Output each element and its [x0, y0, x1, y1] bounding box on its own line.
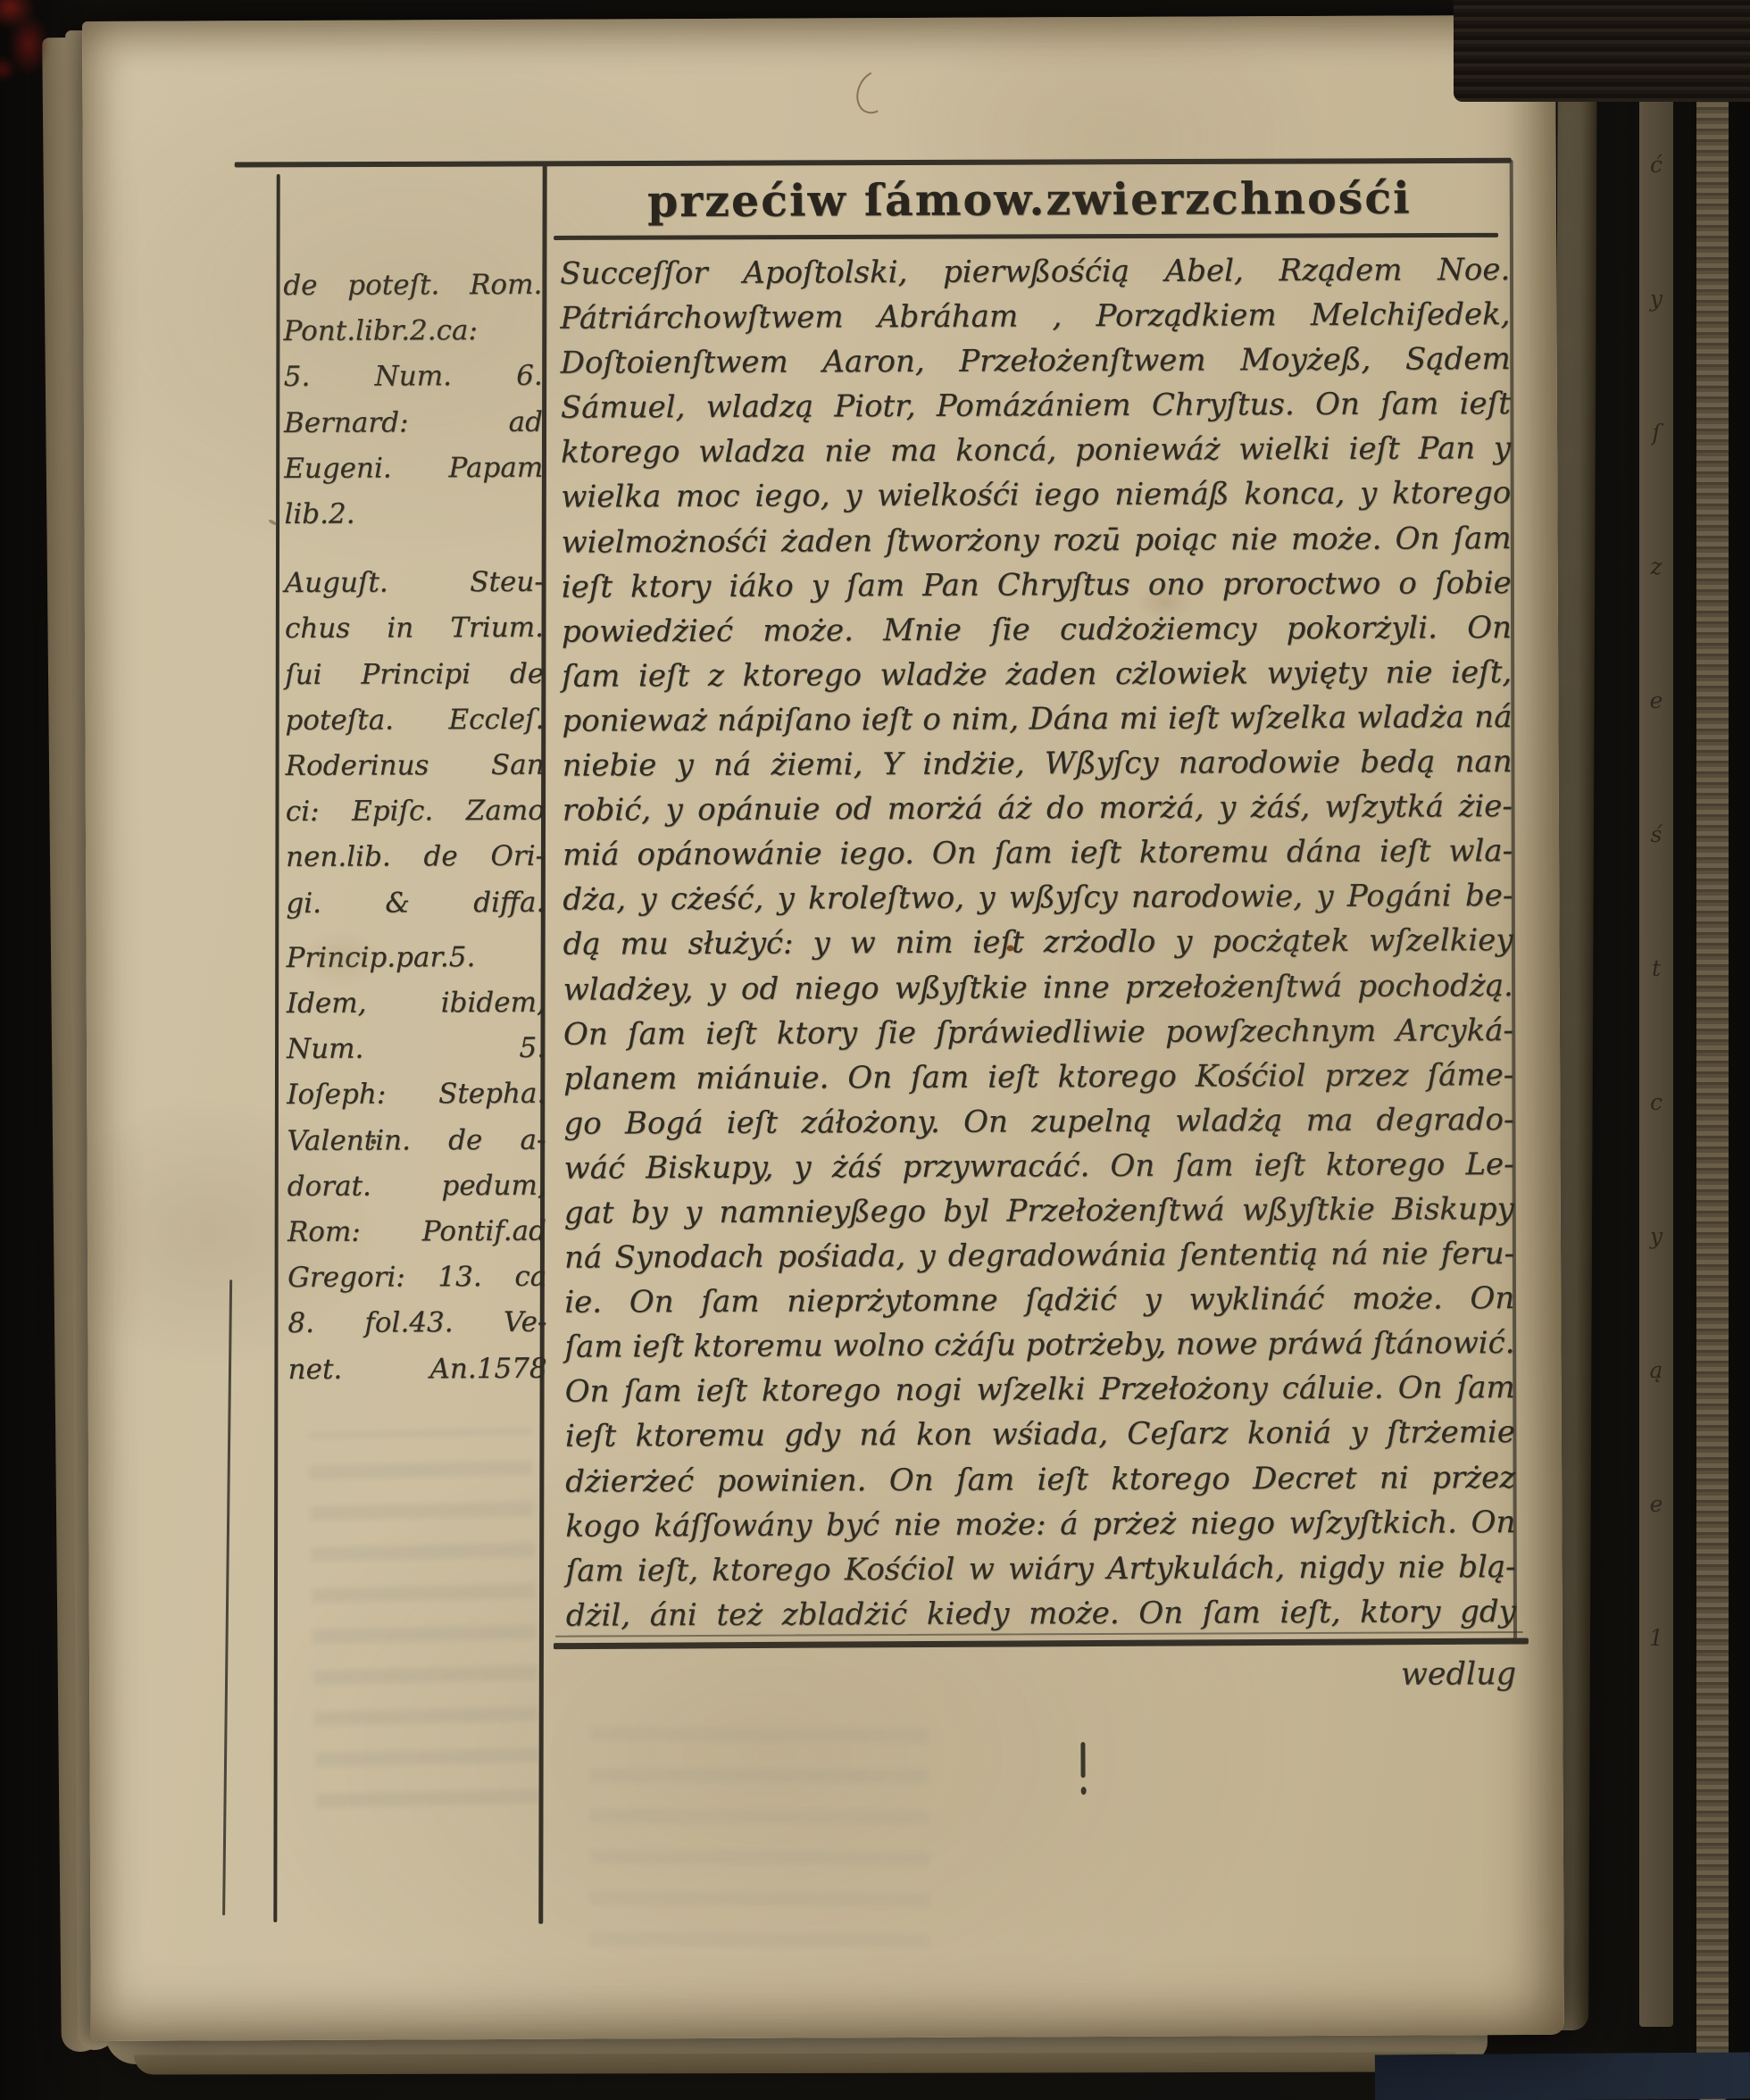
main-text-line: planem miánuie. On ſam ieſt ktorego Kość… — [563, 1053, 1513, 1102]
main-text-line: ſam ieſt z ktorego wladże żaden cżlowiek… — [562, 650, 1512, 699]
book-cover-edge — [1375, 2053, 1750, 2100]
main-text-line: On ſam ieſt ktory ſie ſpráwiedliwie powſ… — [563, 1008, 1513, 1057]
marginal-note-line: ci: Epiſc. Zamo — [286, 788, 545, 835]
marginal-citations: de poteſt. Rom. Pont.libr.2.ca: 5. Num. … — [283, 262, 547, 1393]
main-text-line: gat by y namnieyßego byl Przełożenſtwá w… — [564, 1187, 1514, 1236]
edge-text-fragment: y — [1639, 232, 1673, 366]
main-text-line: On ſam ieſt ktorego nogi wſzelki Przełoż… — [565, 1365, 1515, 1414]
paper-stain — [1137, 585, 1194, 621]
marginal-note-line: gi. & diffa. — [286, 879, 545, 926]
main-text-line: powiedżieć może. Mnie ſie cudżożiemcy po… — [562, 605, 1512, 654]
main-text-line: dża, y cżeść, y kroleſtwo, y wßyſcy naro… — [562, 873, 1512, 922]
red-cover-mark — [0, 0, 62, 84]
main-text-line: ná Synodach pośiada, y degradowánia ſent… — [564, 1231, 1514, 1280]
book-page: przećiw ſámow.zwierzchnośći de poteſt. R… — [82, 15, 1564, 2041]
book-fore-edge-strip: ć y ſ z e ś t c y ą e 1 — [1639, 98, 1673, 2027]
marginal-note-line: Bernard: ad — [284, 399, 543, 446]
main-text-line: dżierżeć powinien. On ſam ieſt ktorego D… — [565, 1455, 1515, 1504]
main-text-line: robić, y opánuie od morżá áż do morżá, y… — [562, 784, 1512, 833]
marginal-note-line: chus in Trium. — [285, 605, 544, 652]
marginal-note-line: Roderinus San — [286, 743, 545, 789]
marginal-note-line: Pont.libr.2.ca: — [283, 308, 542, 354]
edge-text-fragment: z — [1639, 500, 1673, 634]
ink-speck — [371, 1139, 376, 1145]
margin-left-second-rule — [222, 1279, 232, 1915]
paper-fiber — [850, 65, 899, 120]
main-text-line: miá opánowánie iego. On ſam ieſt ktoremu… — [562, 829, 1512, 878]
main-text-line: wielka moc iego, y wielkośći iego niemáß… — [561, 471, 1511, 520]
running-header: przećiw ſámow.zwierzchnośći — [547, 171, 1512, 228]
main-text-line: ieſt ktoremu gdy ná kon wśiada, Ceſarz k… — [565, 1410, 1515, 1459]
main-text-line: niebie y ná żiemi, Y indżie, Wßyſcy naro… — [562, 739, 1512, 788]
ink-mark — [1079, 1742, 1087, 1801]
main-text-line: Pátriárchowſtwem Abráham , Porządkiem Me… — [560, 292, 1510, 341]
marginal-note-line: Rom: Pontif.ad — [287, 1209, 546, 1255]
book-scan-photo: { "document": { "kind": "early printed b… — [0, 0, 1750, 2100]
marginal-note-line: Gregori: 13. ca — [287, 1254, 546, 1301]
marginal-note-line: dorat. pedum, — [287, 1163, 546, 1210]
main-text-line: ktorego wladza nie ma koncá, poniewáż wi… — [561, 426, 1511, 475]
bottom-rule — [554, 1637, 1529, 1649]
main-text-line: ſam ieſt, ktorego Kośćiol w wiáry Artyku… — [565, 1545, 1515, 1594]
ink-bleedthrough — [589, 1714, 929, 1948]
main-text-line: dżil, áni też zbladżić kiedy może. On ſa… — [566, 1589, 1516, 1638]
marginal-note-line: lib.2. — [284, 491, 543, 537]
edge-text-fragment: ą — [1639, 1304, 1673, 1437]
marginal-note-line: Auguſt. Steu- — [285, 560, 544, 606]
edge-text-fragment: 1 — [1639, 1571, 1673, 1705]
edge-text-fragment: y — [1639, 1170, 1673, 1304]
marginal-note-line: 8. fol.43. Ve- — [287, 1300, 546, 1346]
edge-text-fragment: ś — [1639, 768, 1673, 902]
page-stack-top-right — [1454, 0, 1750, 102]
marginal-note-line: ſui Principi de — [285, 651, 544, 697]
edge-text-fragment: ć — [1639, 98, 1673, 232]
ink-bleedthrough — [308, 1429, 539, 1808]
main-text-line: wladżey, y od niego wßyſtkie inne przeło… — [563, 963, 1513, 1012]
margin-left-rule — [273, 174, 279, 1922]
edge-text-fragment: t — [1639, 902, 1673, 1036]
edge-text-fragment: ſ — [1639, 366, 1673, 500]
edge-text-fragment: e — [1639, 634, 1673, 768]
main-text-line: ſam ieſt ktoremu wolno cżáſu potrżeby, n… — [564, 1321, 1514, 1370]
catchword: wedlug — [1286, 1656, 1516, 1693]
book-fore-edge — [1696, 86, 1729, 2100]
main-text-line: ponieważ nápiſano ieſt o nim, Dána mi ie… — [562, 695, 1512, 744]
top-rule — [235, 158, 1512, 168]
edge-text-fragment: e — [1639, 1437, 1673, 1571]
marginal-note-line: 5. Num. 6. — [284, 354, 543, 400]
marginal-note-line: de poteſt. Rom. — [283, 262, 542, 309]
marginal-note-line: Eugeni. Papam — [284, 446, 543, 492]
marginal-note-line: nen.lib. de Ori- — [286, 834, 545, 880]
main-text-line: Succeſſor Apoſtolski, pierwßośćią Abel, … — [560, 247, 1510, 296]
header-underline-rule — [554, 233, 1498, 240]
main-text-line: dą mu służyć: y w nim ieſt zrżodlo y poc… — [562, 918, 1512, 967]
paper-stain — [298, 928, 384, 990]
marginal-note-line: net. An.1578 — [287, 1346, 546, 1392]
marginal-note-line: poteſta. Eccleſ. — [285, 697, 544, 744]
main-text-line: Doſtoienſtwem Aaron, Przełożenſtwem Moyż… — [561, 337, 1511, 386]
edge-text-fragment: c — [1639, 1036, 1673, 1170]
marginal-note-line: Valentin. de a- — [287, 1117, 546, 1163]
main-text-line: wáć Biskupy, y żáś przywracáć. On ſam ie… — [564, 1142, 1514, 1191]
main-text-line: kogo káſſowány być nie może: á prżeż nie… — [565, 1500, 1515, 1549]
main-text-line: ie. On ſam nieprżytomne ſądżić y wykliná… — [564, 1276, 1514, 1325]
marginal-note-line: Num. 5. — [287, 1026, 546, 1072]
ink-speck — [1007, 945, 1014, 951]
main-text-line: Sámuel, wladzą Piotr, Pomázániem Chryſtu… — [561, 381, 1511, 430]
main-text-line: wielmożnośći żaden ſtworżony rozū poiąc … — [561, 516, 1511, 565]
underlying-page-edge-bottom — [134, 2052, 1455, 2074]
marginal-note-line: Ioſeph: Stepha. — [287, 1071, 546, 1118]
main-text-line: go Bogá ieſt záłożony. On zupelną wladżą… — [563, 1097, 1513, 1146]
main-text-line: ieſt ktory iáko y ſam Pan Chryſtus ono p… — [562, 561, 1512, 610]
main-text-column: Succeſſor Apoſtolski, pierwßośćią Abel, … — [560, 247, 1516, 1638]
